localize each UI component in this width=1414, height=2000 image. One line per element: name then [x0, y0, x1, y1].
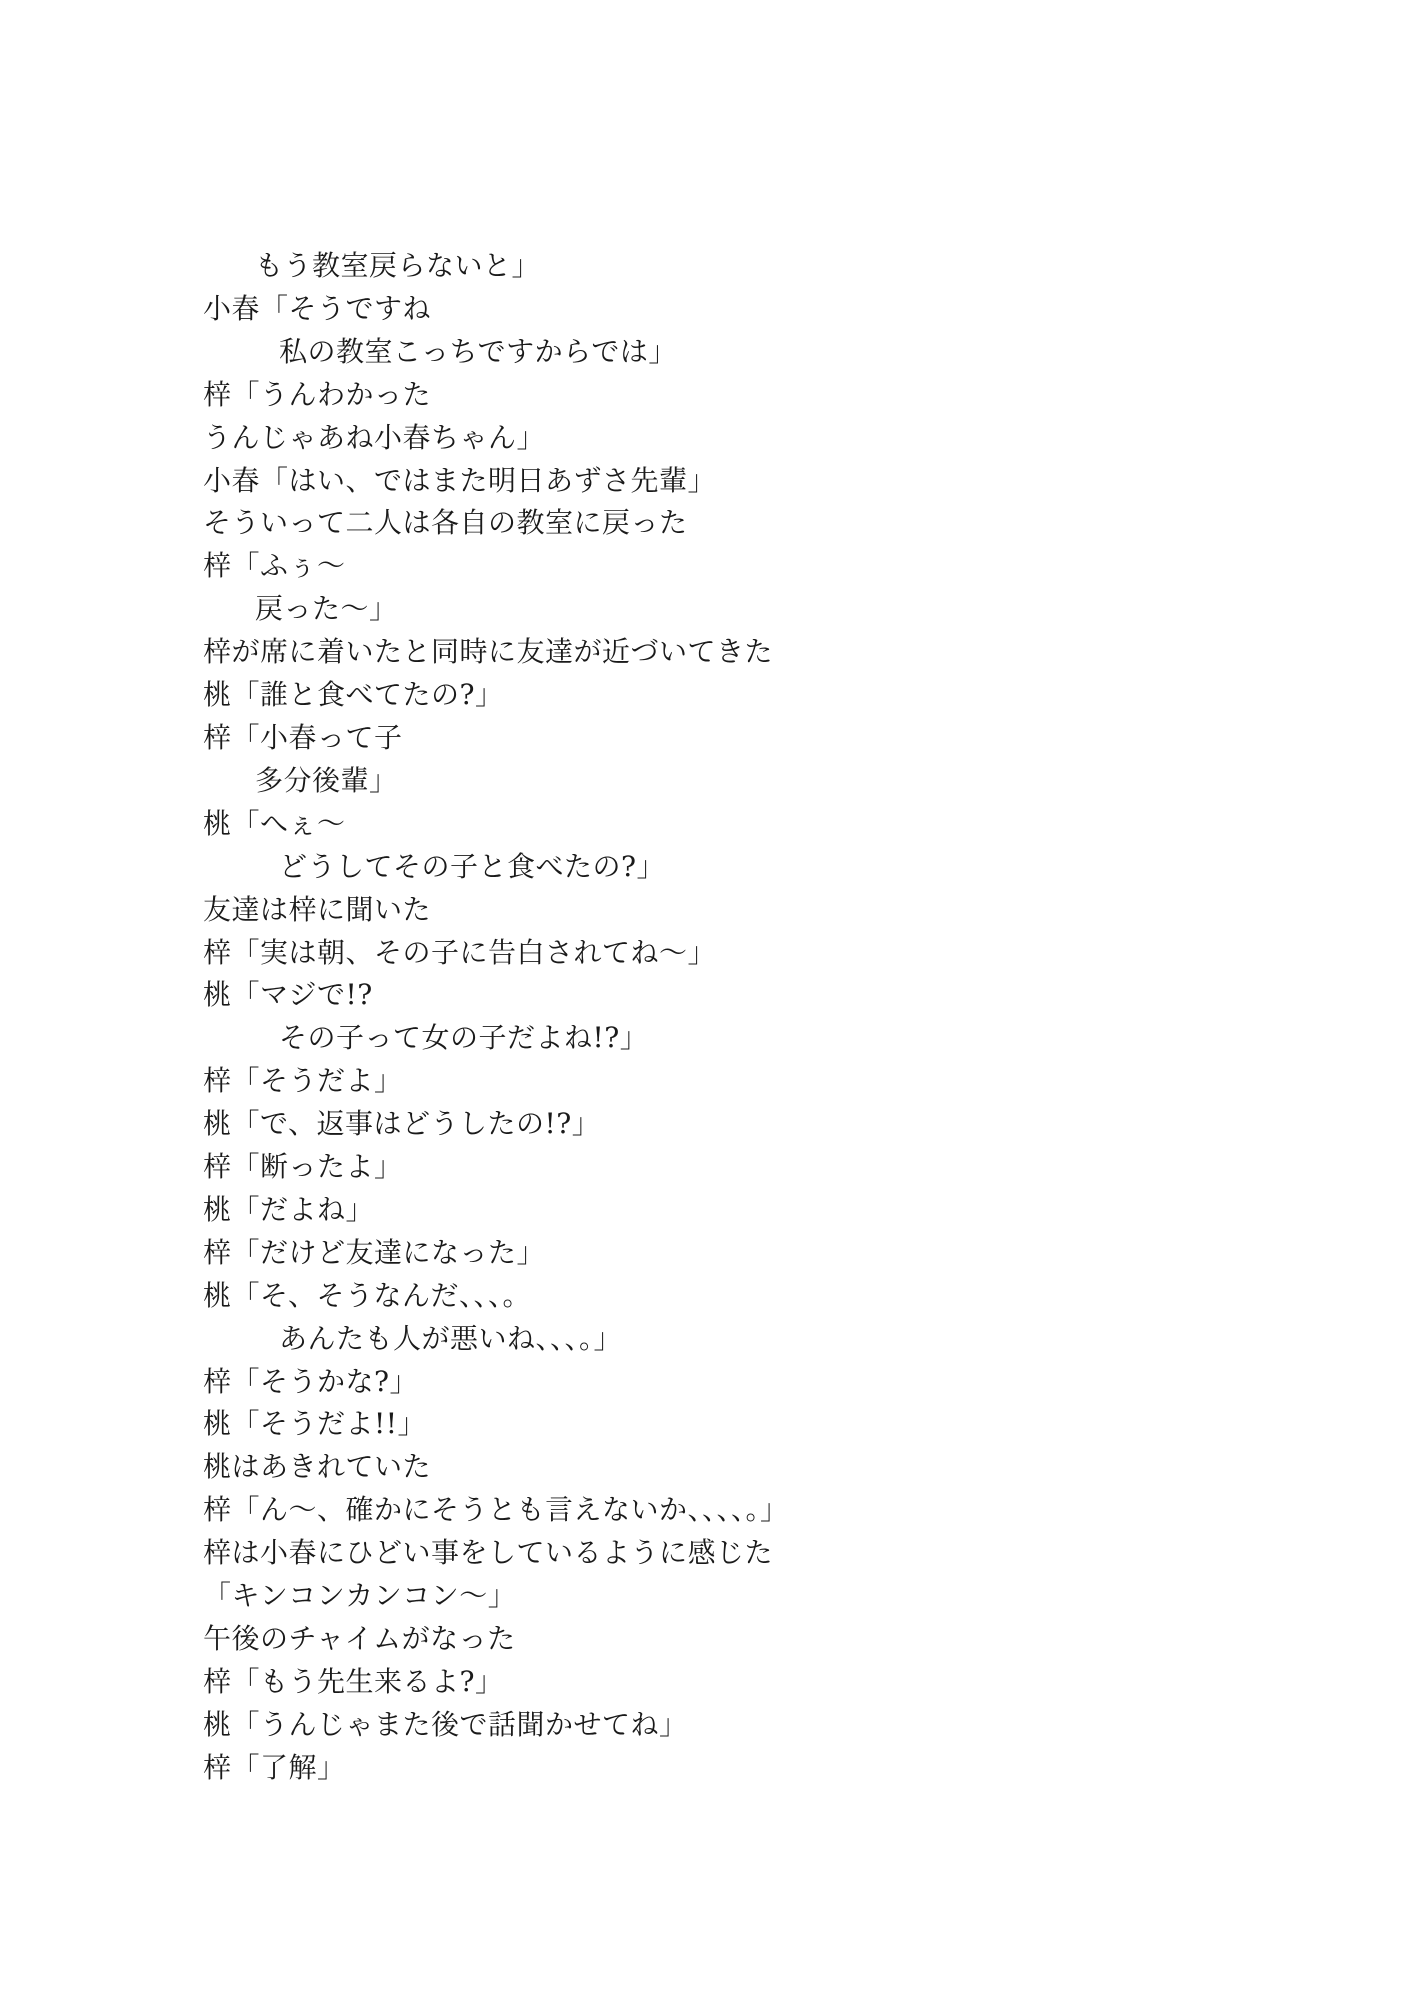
text-line: そういって二人は各自の教室に戻った	[203, 502, 1353, 545]
text-line: もう教室戻らないと」	[203, 245, 1353, 288]
text-line: あんたも人が悪いね、、、。」	[203, 1318, 1353, 1361]
text-line: 小春「はい、ではまた明日あずさ先輩」	[203, 460, 1353, 503]
text-line: うんじゃあね小春ちゃん」	[203, 417, 1353, 460]
text-line: 「キンコンカンコン〜」	[203, 1575, 1353, 1618]
text-line: 多分後輩」	[203, 760, 1353, 803]
text-line: 桃「誰と食べてたの?」	[203, 674, 1353, 717]
text-line: 梓「小春って子	[203, 717, 1353, 760]
text-line: 桃「うんじゃまた後で話聞かせてね」	[203, 1704, 1353, 1747]
text-line: 小春「そうですね	[203, 288, 1353, 331]
text-line: 梓「もう先生来るよ?」	[203, 1661, 1353, 1704]
text-line: 梓「ふぅ〜	[203, 545, 1353, 588]
text-line: 梓「だけど友達になった」	[203, 1232, 1353, 1275]
text-line: 桃「だよね」	[203, 1189, 1353, 1232]
text-line: 私の教室こっちですからでは」	[203, 331, 1353, 374]
text-line: 戻った〜」	[203, 588, 1353, 631]
text-line: どうしてその子と食べたの?」	[203, 846, 1353, 889]
text-line: 友達は梓に聞いた	[203, 889, 1353, 932]
text-line: 午後のチャイムがなった	[203, 1618, 1353, 1661]
text-line: 桃「マジで!?	[203, 974, 1353, 1017]
text-line: 桃「そうだよ!!」	[203, 1403, 1353, 1446]
text-line: 桃「へぇ〜	[203, 803, 1353, 846]
document-page: もう教室戻らないと」小春「そうですね私の教室こっちですからでは」梓「うんわかった…	[0, 0, 1414, 2000]
text-line: 桃はあきれていた	[203, 1446, 1353, 1489]
text-line: 梓「うんわかった	[203, 374, 1353, 417]
text-line: その子って女の子だよね!?」	[203, 1017, 1353, 1060]
text-line: 梓「そうだよ」	[203, 1060, 1353, 1103]
text-line: 梓が席に着いたと同時に友達が近づいてきた	[203, 631, 1353, 674]
text-line: 梓は小春にひどい事をしているように感じた	[203, 1532, 1353, 1575]
text-line: 桃「で、返事はどうしたの!?」	[203, 1103, 1353, 1146]
text-line: 梓「そうかな?」	[203, 1361, 1353, 1404]
text-line: 桃「そ、そうなんだ、、、。	[203, 1275, 1353, 1318]
text-line: 梓「ん〜、確かにそうとも言えないか、、、、。」	[203, 1489, 1353, 1532]
text-line: 梓「了解」	[203, 1747, 1353, 1790]
text-block: もう教室戻らないと」小春「そうですね私の教室こっちですからでは」梓「うんわかった…	[203, 245, 1353, 1790]
text-line: 梓「実は朝、その子に告白されてね〜」	[203, 932, 1353, 975]
text-line: 梓「断ったよ」	[203, 1146, 1353, 1189]
